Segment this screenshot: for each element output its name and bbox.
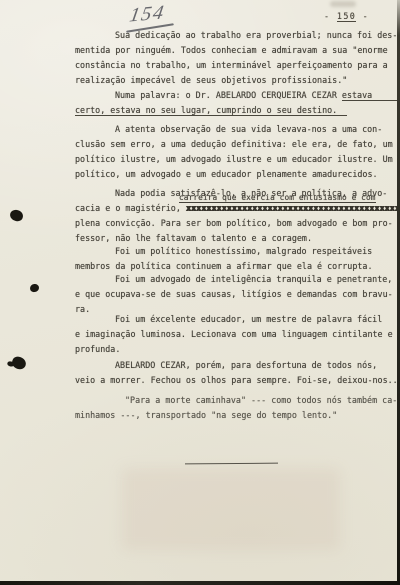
text-line: mentida por ninguém. Todos conheciam e a… <box>75 43 397 58</box>
paragraph: ABELARDO CEZAR, porém, para desfortuna d… <box>75 358 397 388</box>
text-line: político ilustre, um advogado ilustre e … <box>75 152 397 167</box>
paragraph: Sua dedicação ao trabalho era proverbial… <box>75 28 397 88</box>
footer-rule <box>185 463 278 465</box>
text-line: plena convicção. Para ser bom político, … <box>75 216 397 231</box>
handwritten-page-number: 154 <box>128 2 167 27</box>
text-segment: Foi um político honestíssimo, malgrado r… <box>115 246 372 256</box>
text-line: Foi um político honestíssimo, malgrado r… <box>75 244 397 259</box>
ink-blot <box>10 355 27 371</box>
paragraph: Foi um político honestíssimo, malgrado r… <box>75 244 397 274</box>
page-edge-bottom <box>0 581 400 585</box>
bleed-through-stain <box>122 468 340 550</box>
text-line: veio a morrer. Fechou os olhos para semp… <box>75 373 397 388</box>
text-block: Sua dedicação ao trabalho era proverbial… <box>75 28 397 423</box>
paragraph: Foi um éxcelente educador, um mestre de … <box>75 312 397 357</box>
paragraph: A atenta observação de sua vida levava-n… <box>75 122 397 182</box>
document-page: 154 - 150 - Sua dedicação ao trabalho er… <box>0 0 400 585</box>
text-segment: ABELARDO CEZAR, porém, para desfortuna d… <box>115 360 377 370</box>
text-line: constância no trabalho, um interminável … <box>75 58 397 73</box>
text-segment: fessor, não lhe faltavam o talento e a c… <box>75 233 312 243</box>
text-segment: mentida por ninguém. Todos conheciam e a… <box>75 45 388 55</box>
text-segment: constância no trabalho, um interminável … <box>75 60 388 70</box>
text-line: político, um advogado e um educador plen… <box>75 167 397 182</box>
text-segment: Foi um éxcelente educador, um mestre de … <box>115 314 382 324</box>
text-line: certo, estava no seu lugar, cumprindo o … <box>75 103 397 118</box>
typed-page-number: - 150 - <box>324 11 369 21</box>
text-line: Sua dedicação ao trabalho era proverbial… <box>75 28 397 43</box>
text-segment: e imaginação luminosa. Lecionava com uma… <box>75 329 393 339</box>
text-line: Numa palavra: o Dr. ABELARDO CERQUEIRA C… <box>75 88 397 103</box>
text-segment: Foi um advogado de inteligência tranquil… <box>115 274 392 284</box>
paragraph: Nada podia satisfazê-lo, a não ser a pol… <box>75 186 397 246</box>
struck-out-text: xxxxxxxxxxxxxxxxxxxxxxxxxxxxxxxxxxxxxxxx… <box>186 203 400 213</box>
faded-smudge <box>330 1 356 7</box>
text-line: A atenta observação de sua vida levava-n… <box>75 122 397 137</box>
text-line: "Para a morte caminhava" --- como todos … <box>75 393 397 408</box>
text-segment: minhamos ---, transportado "na sege do t… <box>75 410 337 420</box>
text-segment: Numa palavra: o Dr. ABELARDO CERQUEIRA C… <box>115 90 342 100</box>
text-segment: plena convicção. Para ser bom político, … <box>75 218 393 228</box>
text-line: e que ocupava-se de suas causas, litígio… <box>75 287 397 302</box>
text-segment: certo, estava no seu lugar, cumprindo o … <box>75 105 347 116</box>
text-segment: "Para a morte caminhava" --- como todos … <box>125 395 397 405</box>
paragraph: "Para a morte caminhava" --- como todos … <box>75 393 397 423</box>
text-segment: político, um advogado e um educador plen… <box>75 169 378 179</box>
text-segment: veio a morrer. Fechou os olhos para semp… <box>75 375 400 385</box>
text-segment: Sua dedicação ao trabalho era proverbial… <box>115 30 397 40</box>
text-segment: A atenta observação de sua vida levava-n… <box>115 124 382 134</box>
text-line: e imaginação luminosa. Lecionava com uma… <box>75 327 397 342</box>
text-line: realização impecável de seus objetivos p… <box>75 73 397 88</box>
text-segment: realização impecável de seus objetivos p… <box>75 75 347 85</box>
paragraph: Numa palavra: o Dr. ABELARDO CERQUEIRA C… <box>75 88 397 118</box>
interlinear-insertion: carreira que exercia com entusiasmo e co… <box>179 193 376 203</box>
typed-page-number-suffix: - <box>356 11 369 21</box>
ink-blot <box>9 209 24 222</box>
text-line: profunda. <box>75 342 397 357</box>
text-line: minhamos ---, transportado "na sege do t… <box>75 408 397 423</box>
text-segment: membros da política continuem a afirmar … <box>75 261 373 271</box>
text-segment: estava <box>342 90 400 101</box>
text-line: cacia e o magistério, xxxxxxxxxxxxxxxxxx… <box>75 201 397 216</box>
text-segment: profunda. <box>75 344 120 354</box>
text-segment: político ilustre, um advogado ilustre e … <box>75 154 393 164</box>
text-line: clusão sem erro, a uma dedução definitiv… <box>75 137 397 152</box>
typed-page-number-prefix: - <box>324 11 337 21</box>
text-line: ABELARDO CEZAR, porém, para desfortuna d… <box>75 358 397 373</box>
text-segment: clusão sem erro, a uma dedução definitiv… <box>75 139 393 149</box>
text-segment: cacia e o magistério, <box>75 203 186 213</box>
text-line: Foi um advogado de inteligência tranquil… <box>75 272 397 287</box>
paragraph: Foi um advogado de inteligência tranquil… <box>75 272 397 317</box>
ink-blot <box>29 283 39 292</box>
text-line: Foi um éxcelente educador, um mestre de … <box>75 312 397 327</box>
text-segment: e que ocupava-se de suas causas, litígio… <box>75 289 393 299</box>
typed-page-number-value: 150 <box>337 11 356 22</box>
